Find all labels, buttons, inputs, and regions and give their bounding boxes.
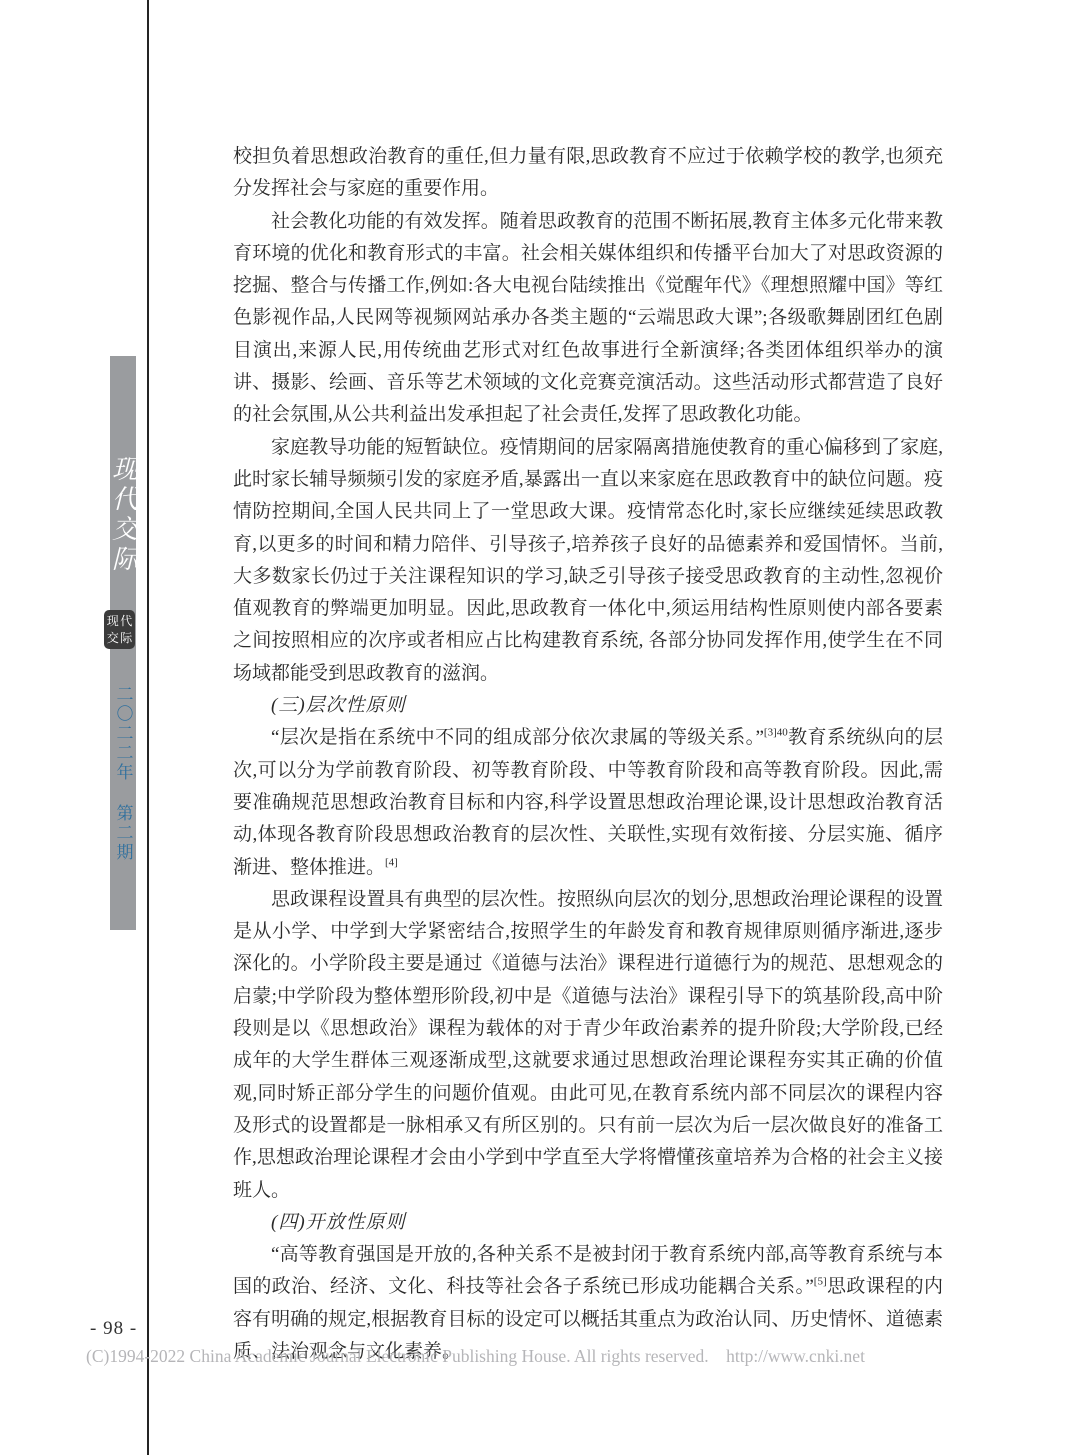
copyright-footer: (C)1994-2022 China Academic Journal Elec…: [86, 1346, 865, 1367]
paragraph-text: 教育系统纵向的层次,可以分为学前教育阶段、初等教育阶段、中等教育阶段和高等教育阶…: [233, 727, 943, 877]
journal-page: 现代交际 现 代 交 际 二〇二二年 第二期 校担负着思想政治教育的重任,但力量…: [0, 0, 1080, 1455]
paragraph-text: (四)开放性原则: [271, 1212, 406, 1233]
paragraph-text: 家庭教导功能的短暂缺位。疫情期间的居家隔离措施使教育的重心偏移到了家庭,此时家长…: [233, 437, 943, 684]
paragraph: 校担负着思想政治教育的重任,但力量有限,思政教育不应过于依赖学校的教学,也须充分…: [233, 141, 943, 206]
seal-char: 交: [107, 632, 119, 644]
seal-char: 际: [120, 632, 132, 644]
seal-char: 现: [107, 615, 119, 627]
citation-superscript: [5]: [814, 1276, 827, 1288]
page-number: - 98 -: [90, 1318, 137, 1340]
issue-number-label: 第二期: [112, 800, 134, 866]
paragraph-text: 思政课程设置具有典型的层次性。按照纵向层次的划分,思想政治理论课程的设置是从小学…: [233, 889, 943, 1201]
journal-seal-stamp: 现 代 交 际: [104, 610, 135, 649]
citation-superscript: [3]40: [764, 727, 788, 739]
paragraph-text: 社会教化功能的有效发挥。随着思政教育的范围不断拓展,教育主体多元化带来教育环境的…: [233, 211, 943, 426]
issue-year-label: 二〇二二年: [112, 684, 134, 784]
paragraph: 社会教化功能的有效发挥。随着思政教育的范围不断拓展,教育主体多元化带来教育环境的…: [233, 206, 943, 432]
paragraph-text: (三)层次性原则: [271, 695, 406, 716]
paragraph-text: “层次是指在系统中不同的组成部分依次隶属的等级关系。”: [271, 727, 764, 748]
paragraph: 家庭教导功能的短暂缺位。疫情期间的居家隔离措施使教育的重心偏移到了家庭,此时家长…: [233, 432, 943, 690]
section-heading: (三)层次性原则: [233, 690, 943, 722]
paragraph: 思政课程设置具有典型的层次性。按照纵向层次的划分,思想政治理论课程的设置是从小学…: [233, 884, 943, 1207]
paragraph: “层次是指在系统中不同的组成部分依次隶属的等级关系。”[3]40教育系统纵向的层…: [233, 722, 943, 883]
seal-char: 代: [120, 615, 132, 627]
margin-divider-rule: [147, 0, 149, 1455]
article-body: 校担负着思想政治教育的重任,但力量有限,思政教育不应过于依赖学校的教学,也须充分…: [233, 141, 943, 1368]
citation-superscript: [4]: [385, 856, 398, 868]
section-heading: (四)开放性原则: [233, 1207, 943, 1239]
paragraph-text: 校担负着思想政治教育的重任,但力量有限,思政教育不应过于依赖学校的教学,也须充分…: [233, 146, 943, 199]
journal-name-calligraphy: 现代交际: [104, 440, 142, 590]
